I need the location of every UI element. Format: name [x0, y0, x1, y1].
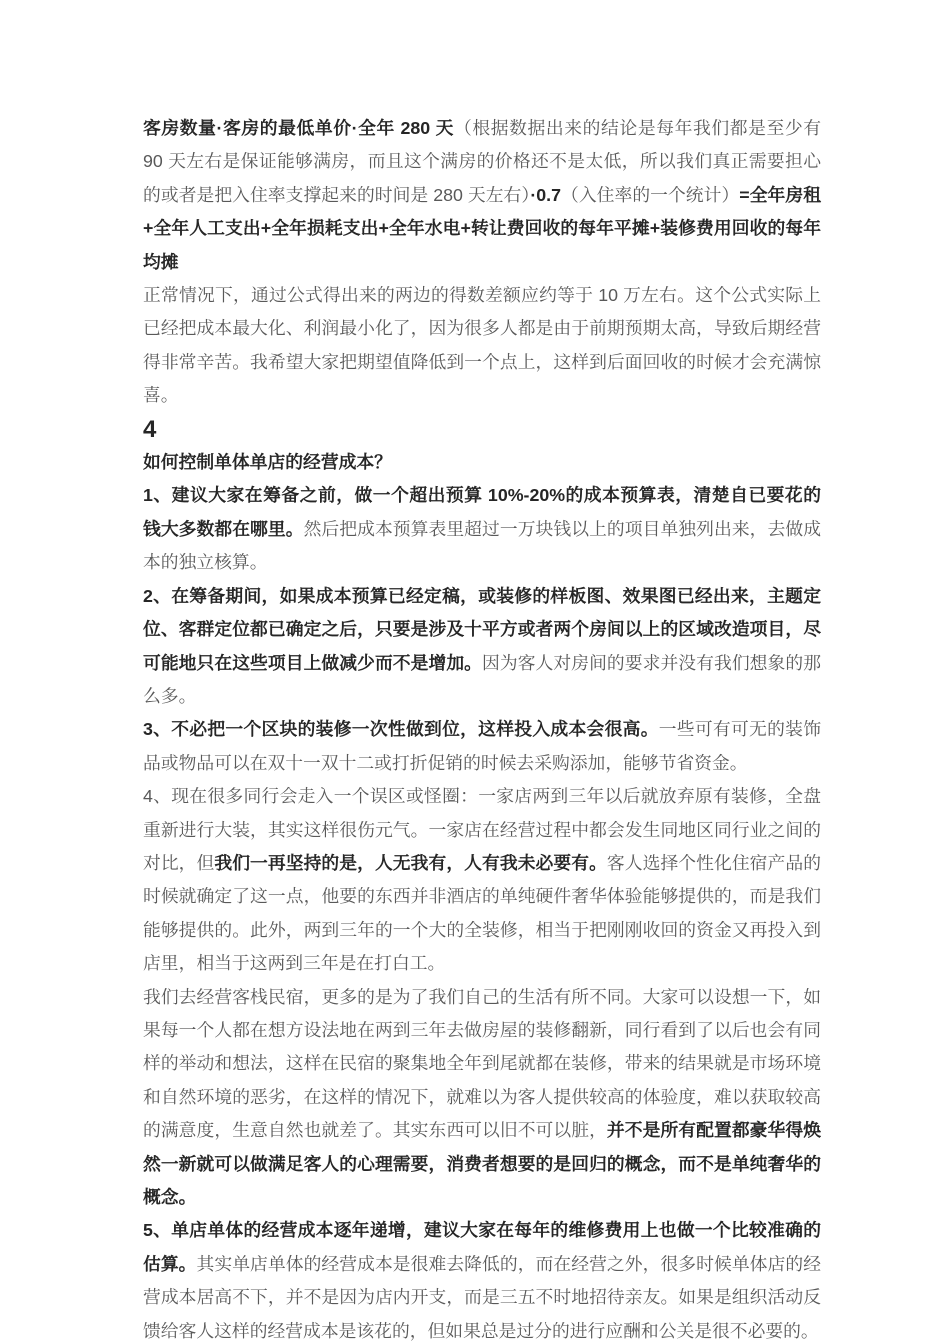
paragraph: 4、现在很多同行会走入一个误区或怪圈：一家店两到三年以后就放弃原有装修，全盘重新…	[143, 780, 821, 980]
document-body: 客房数量·客房的最低单价·全年 280 天（根据数据出来的结论是每年我们都是至少…	[143, 112, 821, 1344]
paragraph: 客房数量·客房的最低单价·全年 280 天（根据数据出来的结论是每年我们都是至少…	[143, 112, 821, 279]
paragraph: 1、建议大家在筹备之前，做一个超出预算 10%-20%的成本预算表，清楚自已要花…	[143, 479, 821, 579]
text-run-bold: 如何控制单体单店的经营成本？	[143, 452, 392, 472]
text-run-bold: ·0.7	[530, 185, 561, 205]
text-run-bold: 3、不必把一个区块的装修一次性做到位，这样投入成本会很高。	[143, 719, 659, 739]
section-heading-number: 4	[143, 413, 821, 446]
paragraph: 2、在筹备期间，如果成本预算已经定稿，或装修的样板图、效果图已经出来，主题定位、…	[143, 580, 821, 714]
paragraph: 正常情况下，通过公式得出来的两边的得数差额应约等于 10 万左右。这个公式实际上…	[143, 279, 821, 413]
paragraph: 5、单店单体的经营成本逐年递增，建议大家在每年的维修费用上也做一个比较准确的估算…	[143, 1214, 821, 1344]
text-run: （入住率的一个统计）	[561, 185, 739, 205]
text-run: 我们去经营客栈民宿，更多的是为了我们自己的生活有所不同。大家可以设想一下，如果每…	[143, 987, 821, 1141]
text-run-bold: 4	[143, 416, 156, 443]
text-run-bold: 我们一再坚持的是，人无我有，人有我未必要有。	[214, 853, 607, 873]
section-heading: 如何控制单体单店的经营成本？	[143, 446, 821, 479]
text-run: 正常情况下，通过公式得出来的两边的得数差额应约等于 10 万左右。这个公式实际上…	[143, 285, 821, 405]
paragraph: 我们去经营客栈民宿，更多的是为了我们自己的生活有所不同。大家可以设想一下，如果每…	[143, 981, 821, 1215]
document-page: 客房数量·客房的最低单价·全年 280 天（根据数据出来的结论是每年我们都是至少…	[143, 112, 821, 1344]
text-run: 其实单店单体的经营成本是很难去降低的，而在经营之外，很多时候单体店的经营成本居高…	[143, 1254, 821, 1341]
text-run-bold: 客房数量·客房的最低单价·全年 280 天	[143, 118, 454, 138]
paragraph: 3、不必把一个区块的装修一次性做到位，这样投入成本会很高。一些可有可无的装饰品或…	[143, 713, 821, 780]
